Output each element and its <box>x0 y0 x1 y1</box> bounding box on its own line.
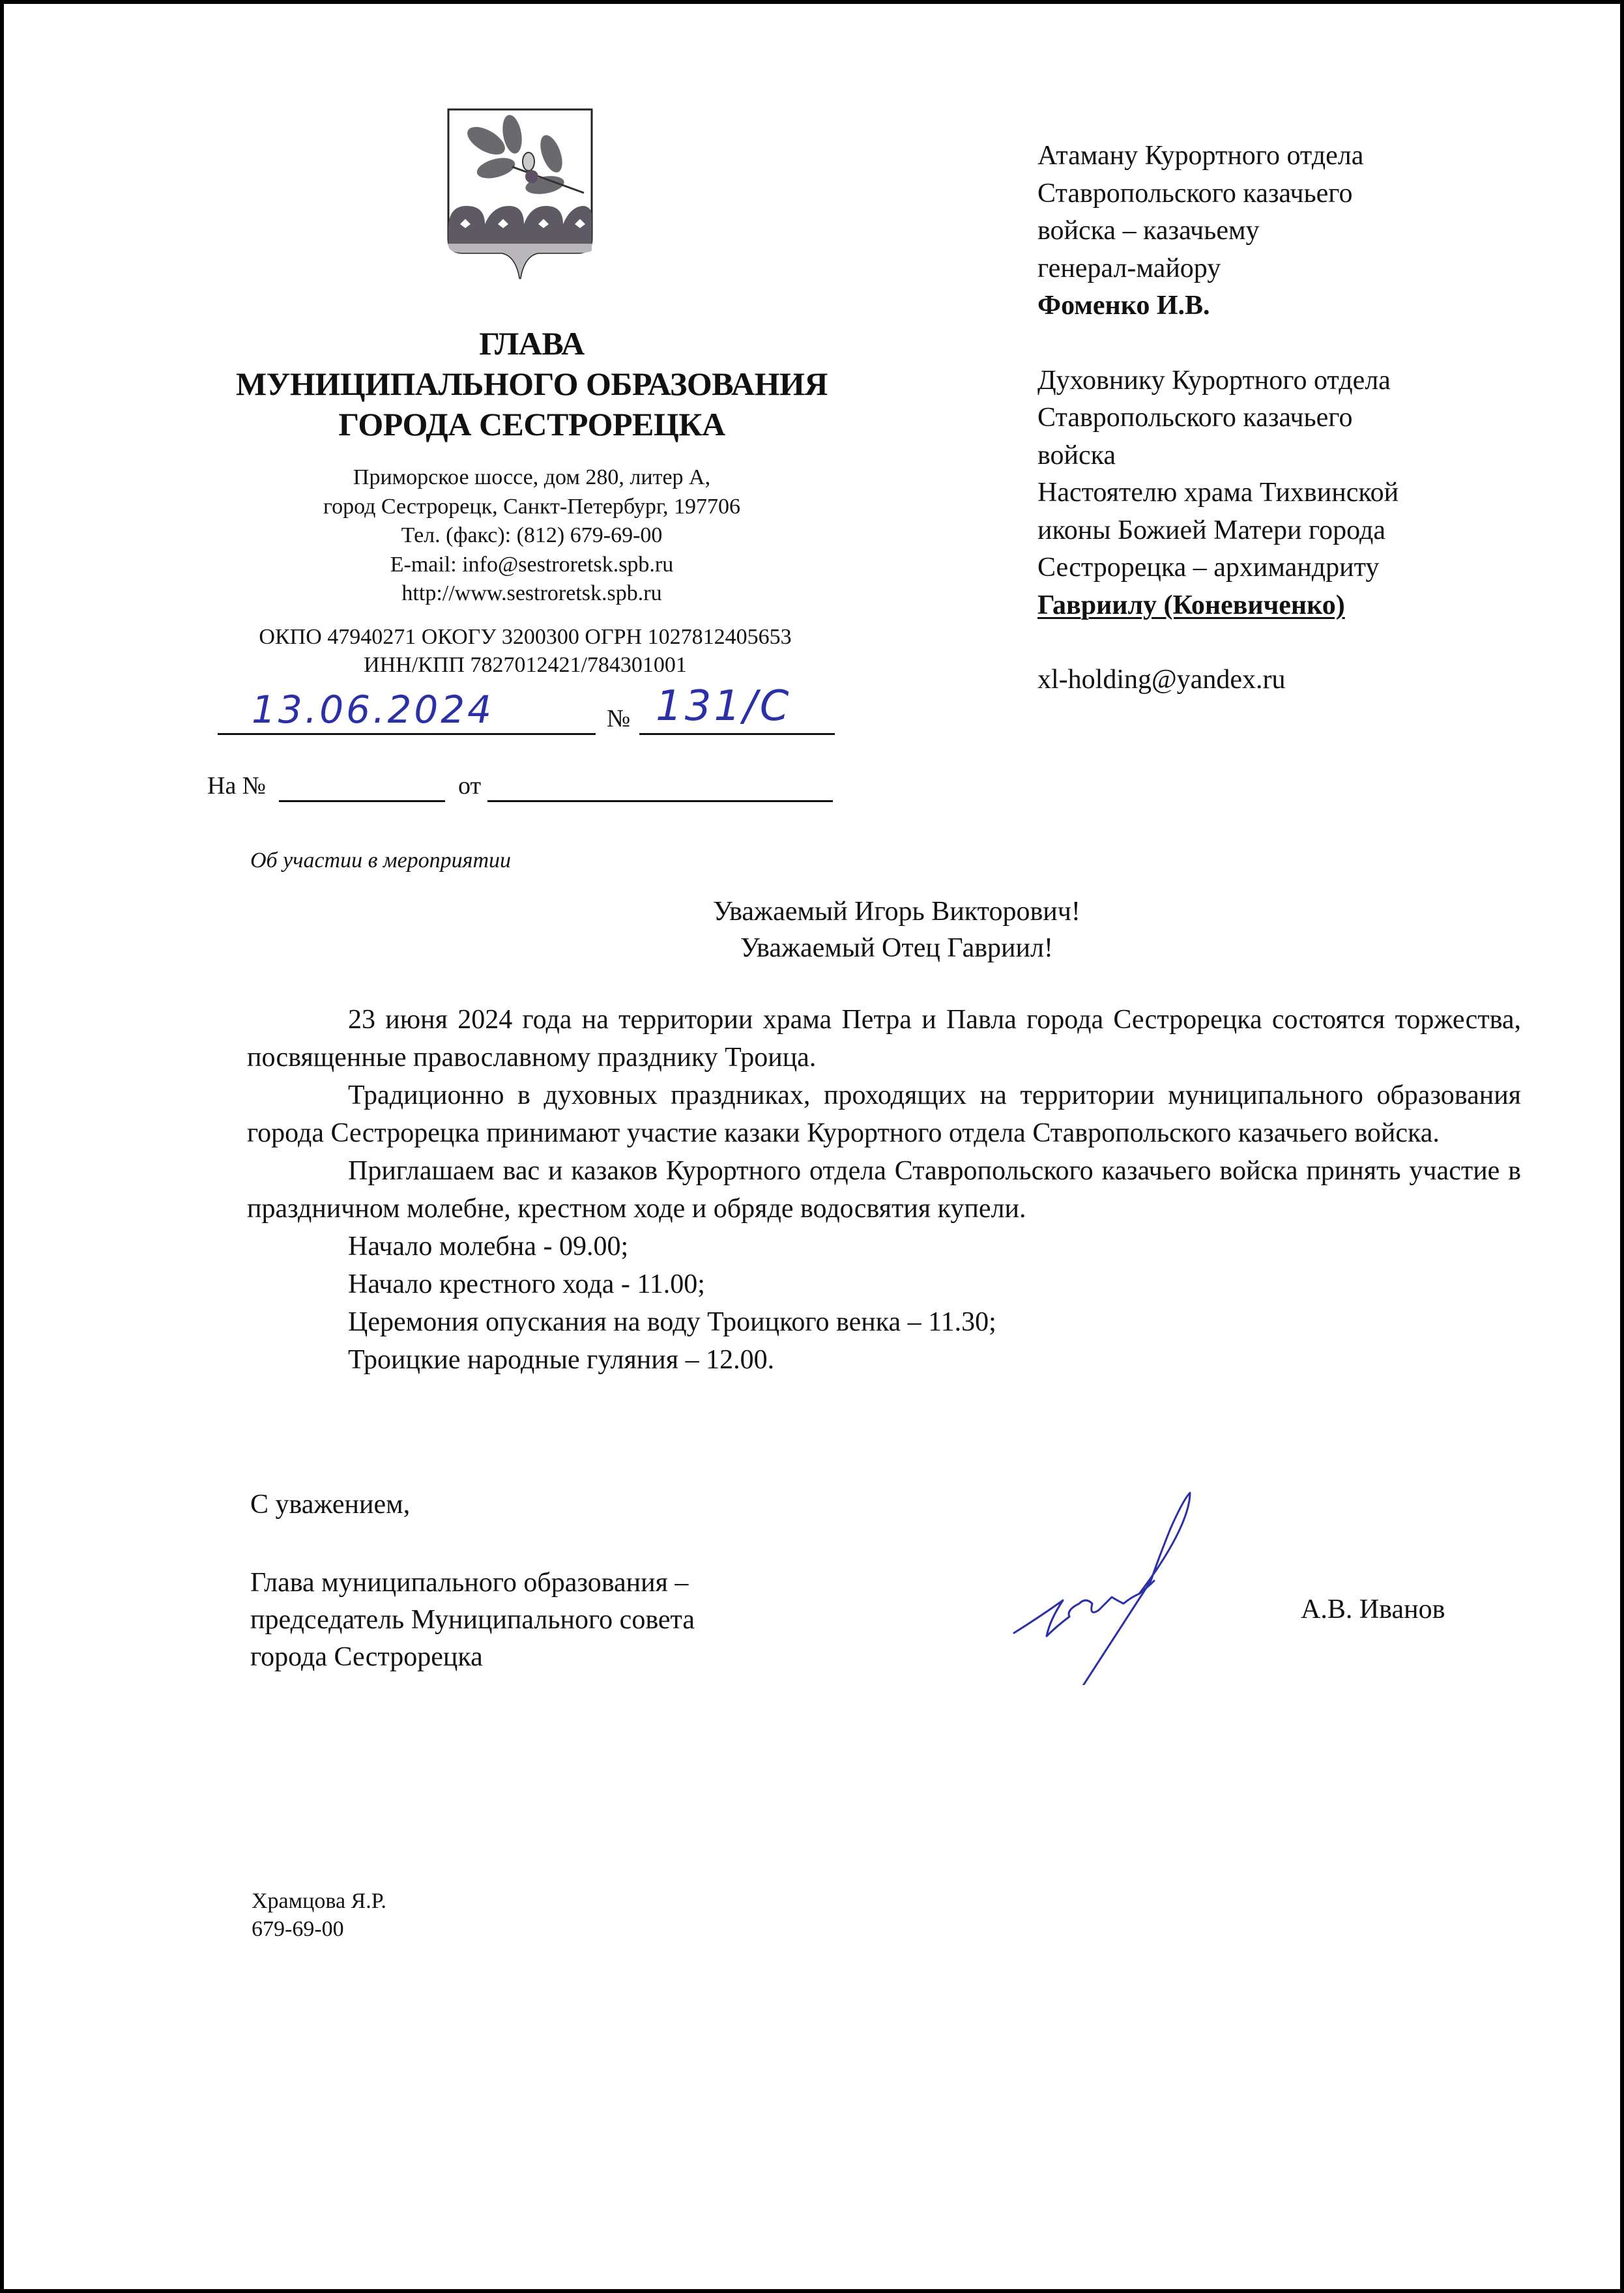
addressee-line: Ставропольского казачьего <box>1037 175 1507 213</box>
body-paragraph: 23 июня 2024 года на территории храма Пе… <box>247 1001 1521 1076</box>
addressee-line: войска <box>1037 437 1507 475</box>
body-paragraph: Приглашаем вас и казаков Курортного отде… <box>247 1152 1521 1228</box>
addressee-line: иконы Божией Матери города <box>1037 512 1507 550</box>
salutation-line: Уважаемый Игорь Викторович! <box>643 893 1151 930</box>
number-label: № <box>607 704 630 733</box>
addressee-name-fomenko: Фоменко И.В. <box>1037 287 1507 325</box>
schedule-item: Церемония опускания на воду Троицкого ве… <box>247 1303 1521 1341</box>
spacer <box>1037 325 1507 362</box>
addressee-line: Сестрорецка – архимандриту <box>1037 549 1507 587</box>
signature-icon <box>994 1464 1294 1685</box>
spacer <box>1037 624 1507 661</box>
body-paragraph: Традиционно в духовных праздниках, прохо… <box>247 1076 1521 1152</box>
registration-line: 13.06.2024 № 131/С <box>212 691 838 737</box>
website-link[interactable]: http://www.sestroretsk.spb.ru <box>252 579 812 609</box>
reference-number-field <box>279 800 445 802</box>
letter-subject: Об участии в мероприятии <box>250 848 511 873</box>
organization-title: ГЛАВА МУНИЦИПАЛЬНОГО ОБРАЗОВАНИЯ ГОРОДА … <box>186 323 877 444</box>
coat-of-arms-icon <box>447 108 593 280</box>
phone-fax: Тел. (факс): (812) 679-69-00 <box>252 521 812 551</box>
reference-from-field <box>487 800 833 802</box>
org-title-line: МУНИЦИПАЛЬНОГО ОБРАЗОВАНИЯ <box>186 364 877 404</box>
salutation-line: Уважаемый Отец Гавриил! <box>643 930 1151 966</box>
addressee-line: генерал-майору <box>1037 250 1507 288</box>
schedule-item: Начало молебна - 09.00; <box>247 1228 1521 1265</box>
codes-line: ИНН/КПП 7827012421/784301001 <box>199 651 851 679</box>
executor-info: Храмцова Я.Р. 679-69-00 <box>252 1887 386 1943</box>
codes-line: ОКПО 47940271 ОКОГУ 3200300 ОГРН 1027812… <box>199 623 851 651</box>
signer-title-line: председатель Муниципального совета <box>250 1602 811 1639</box>
executor-phone: 679-69-00 <box>252 1915 386 1943</box>
signer-title: Глава муниципального образования – предс… <box>250 1565 811 1676</box>
email-link[interactable]: E-mail: info@sestroretsk.spb.ru <box>252 551 812 580</box>
addressee-email[interactable]: xl-holding@yandex.ru <box>1037 661 1507 699</box>
addressee-line: Атаману Курортного отдела <box>1037 137 1507 175</box>
organization-address: Приморское шоссе, дом 280, литер А, горо… <box>252 463 812 609</box>
address-line: Приморское шоссе, дом 280, литер А, <box>252 463 812 493</box>
addressee-block: Атаману Курортного отдела Ставропольског… <box>1037 137 1507 699</box>
addressee-line: Духовнику Курортного отдела <box>1037 362 1507 400</box>
registration-date: 13.06.2024 <box>252 687 494 732</box>
schedule-item: Троицкие народные гуляния – 12.00. <box>247 1341 1521 1379</box>
salutation: Уважаемый Игорь Викторович! Уважаемый От… <box>643 893 1151 966</box>
signer-name: А.В. Иванов <box>1301 1594 1445 1625</box>
org-title-line: ГЛАВА <box>186 323 877 364</box>
registration-number: 131/С <box>656 682 791 730</box>
letter-body: 23 июня 2024 года на территории храма Пе… <box>247 1001 1521 1379</box>
signer-title-line: города Сестрорецка <box>250 1639 811 1676</box>
organization-codes: ОКПО 47940271 ОКОГУ 3200300 ОГРН 1027812… <box>199 623 851 679</box>
reference-from-label: от <box>458 772 481 800</box>
addressee-line: Ставропольского казачьего <box>1037 399 1507 437</box>
addressee-name-gavriil: Гавриилу (Коневиченко) <box>1037 587 1507 625</box>
address-line: город Сестрорецк, Санкт-Петербург, 19770… <box>252 493 812 522</box>
reference-line: На № от <box>207 772 859 811</box>
org-title-line: ГОРОДА СЕСТРОРЕЦКА <box>186 404 877 444</box>
date-underline <box>218 733 596 735</box>
letter-page: ГЛАВА МУНИЦИПАЛЬНОГО ОБРАЗОВАНИЯ ГОРОДА … <box>0 0 1624 2293</box>
schedule-item: Начало крестного хода - 11.00; <box>247 1265 1521 1303</box>
number-underline <box>639 733 835 735</box>
closing-regards: С уважением, <box>250 1486 410 1523</box>
addressee-line: войска – казачьему <box>1037 212 1507 250</box>
signer-title-line: Глава муниципального образования – <box>250 1565 811 1602</box>
addressee-line: Настоятелю храма Тихвинской <box>1037 474 1507 512</box>
executor-name: Храмцова Я.Р. <box>252 1887 386 1915</box>
reference-number-label: На № <box>207 772 266 800</box>
